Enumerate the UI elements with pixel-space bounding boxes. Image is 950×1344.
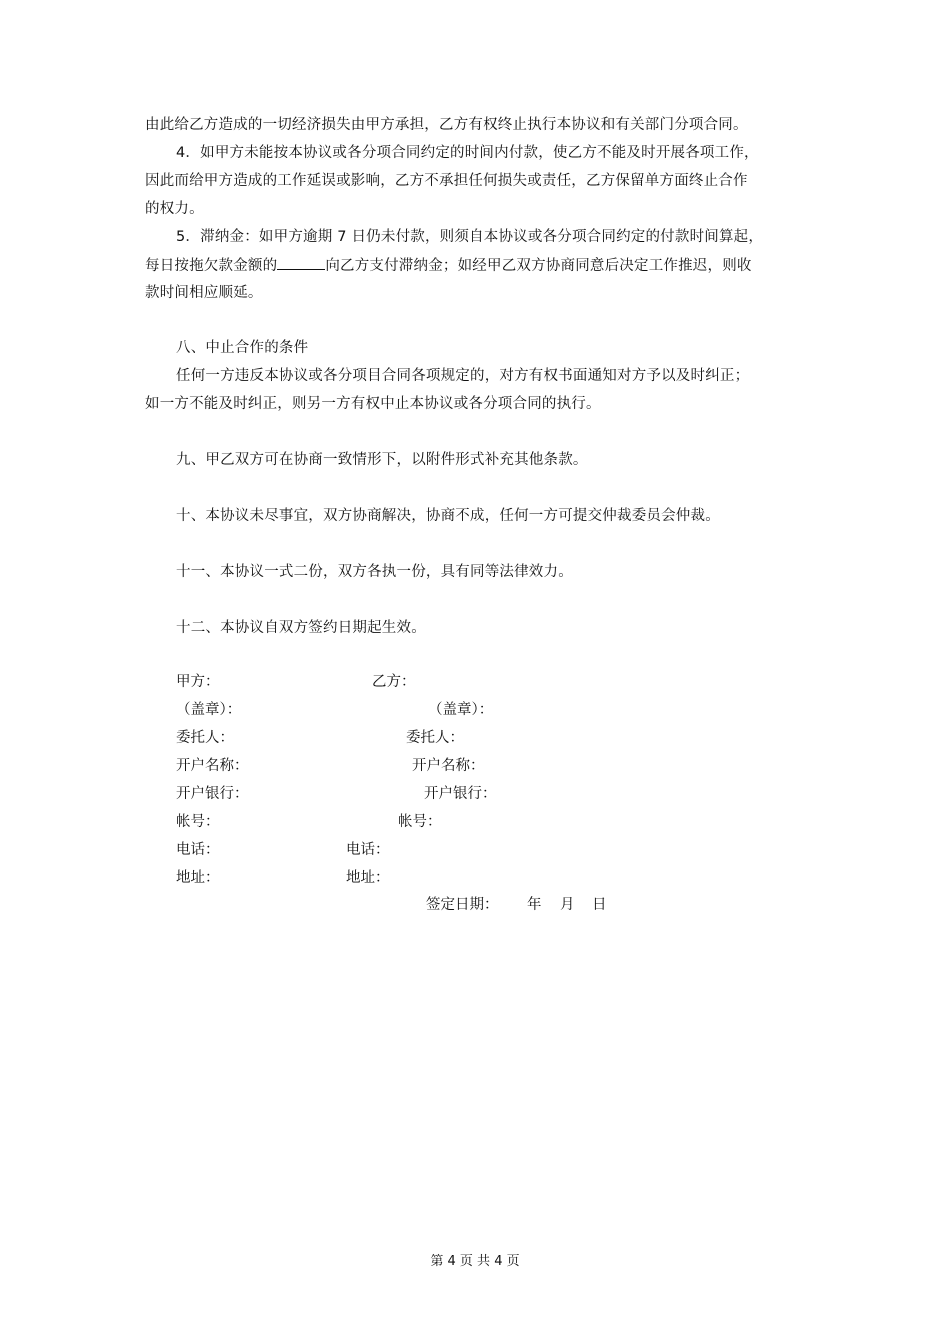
clause-4-line-3: 的权力。 [145, 199, 204, 219]
party-b-account-name: 开户名称： [412, 756, 485, 776]
fill-in-blank [277, 255, 325, 270]
party-b-phone: 电话： [346, 840, 390, 860]
clause-5-line-2: 每日按拖欠款金额的向乙方支付滞纳金；如经甲乙双方协商同意后决定工作推迟，则收 [145, 255, 752, 276]
party-b-label: 乙方： [372, 672, 416, 692]
clause-5-line-2-start: 每日按拖欠款金额的 [145, 258, 277, 274]
section-12: 十二、本协议自双方签约日期起生效。 [176, 618, 426, 638]
party-a-bank: 开户银行： [176, 784, 249, 804]
clause-5-line-3: 款时间相应顺延。 [145, 283, 263, 303]
clause-4-line-1: 4．如甲方未能按本协议或各分项合同约定的时间内付款，使乙方不能及时开展各项工作， [176, 143, 759, 163]
party-b-account-no: 帐号： [398, 812, 442, 832]
party-a-label: 甲方： [176, 672, 220, 692]
party-a-account-name: 开户名称： [176, 756, 249, 776]
party-a-seal: （盖章）： [176, 700, 241, 720]
page-number: 第 4 页 共 4 页 [0, 1250, 950, 1269]
section-11: 十一、本协议一式二份，双方各执一份，具有同等法律效力。 [176, 562, 573, 582]
section-8-title: 八、中止合作的条件 [176, 338, 308, 358]
paragraph-line: 由此给乙方造成的一切经济损失由甲方承担，乙方有权终止执行本协议和有关部门分项合同… [145, 115, 748, 135]
section-9: 九、甲乙双方可在协商一致情形下，以附件形式补充其他条款。 [176, 450, 588, 470]
party-a-phone: 电话： [176, 840, 220, 860]
clause-5-line-1: 5．滞纳金：如甲方逾期 7 日仍未付款，则须自本协议或各分项合同约定的付款时间算… [176, 227, 763, 247]
party-b-bank: 开户银行： [424, 784, 497, 804]
sign-date-year: 年 [527, 895, 542, 915]
party-b-agent: 委托人： [406, 728, 464, 748]
sign-date-label: 签定日期： [426, 895, 499, 915]
party-b-address: 地址： [346, 868, 390, 888]
section-8-line-1: 任何一方违反本协议或各分项目合同各项规定的，对方有权书面通知对方予以及时纠正； [176, 366, 749, 386]
document-page: 由此给乙方造成的一切经济损失由甲方承担，乙方有权终止执行本协议和有关部门分项合同… [0, 0, 950, 1344]
sign-date-day: 日 [592, 895, 607, 915]
party-a-account-no: 帐号： [176, 812, 220, 832]
clause-4-line-2: 因此而给甲方造成的工作延误或影响，乙方不承担任何损失或责任，乙方保留单方面终止合… [145, 171, 748, 191]
clause-5-line-2-end: 向乙方支付滞纳金；如经甲乙双方协商同意后决定工作推迟，则收 [325, 258, 751, 274]
party-a-address: 地址： [176, 868, 220, 888]
section-10: 十、本协议未尽事宜，双方协商解决，协商不成，任何一方可提交仲裁委员会仲裁。 [176, 506, 720, 526]
party-a-agent: 委托人： [176, 728, 234, 748]
sign-date-month: 月 [560, 895, 575, 915]
section-8-line-2: 如一方不能及时纠正，则另一方有权中止本协议或各分项合同的执行。 [145, 394, 601, 414]
party-b-seal: （盖章）： [428, 700, 493, 720]
